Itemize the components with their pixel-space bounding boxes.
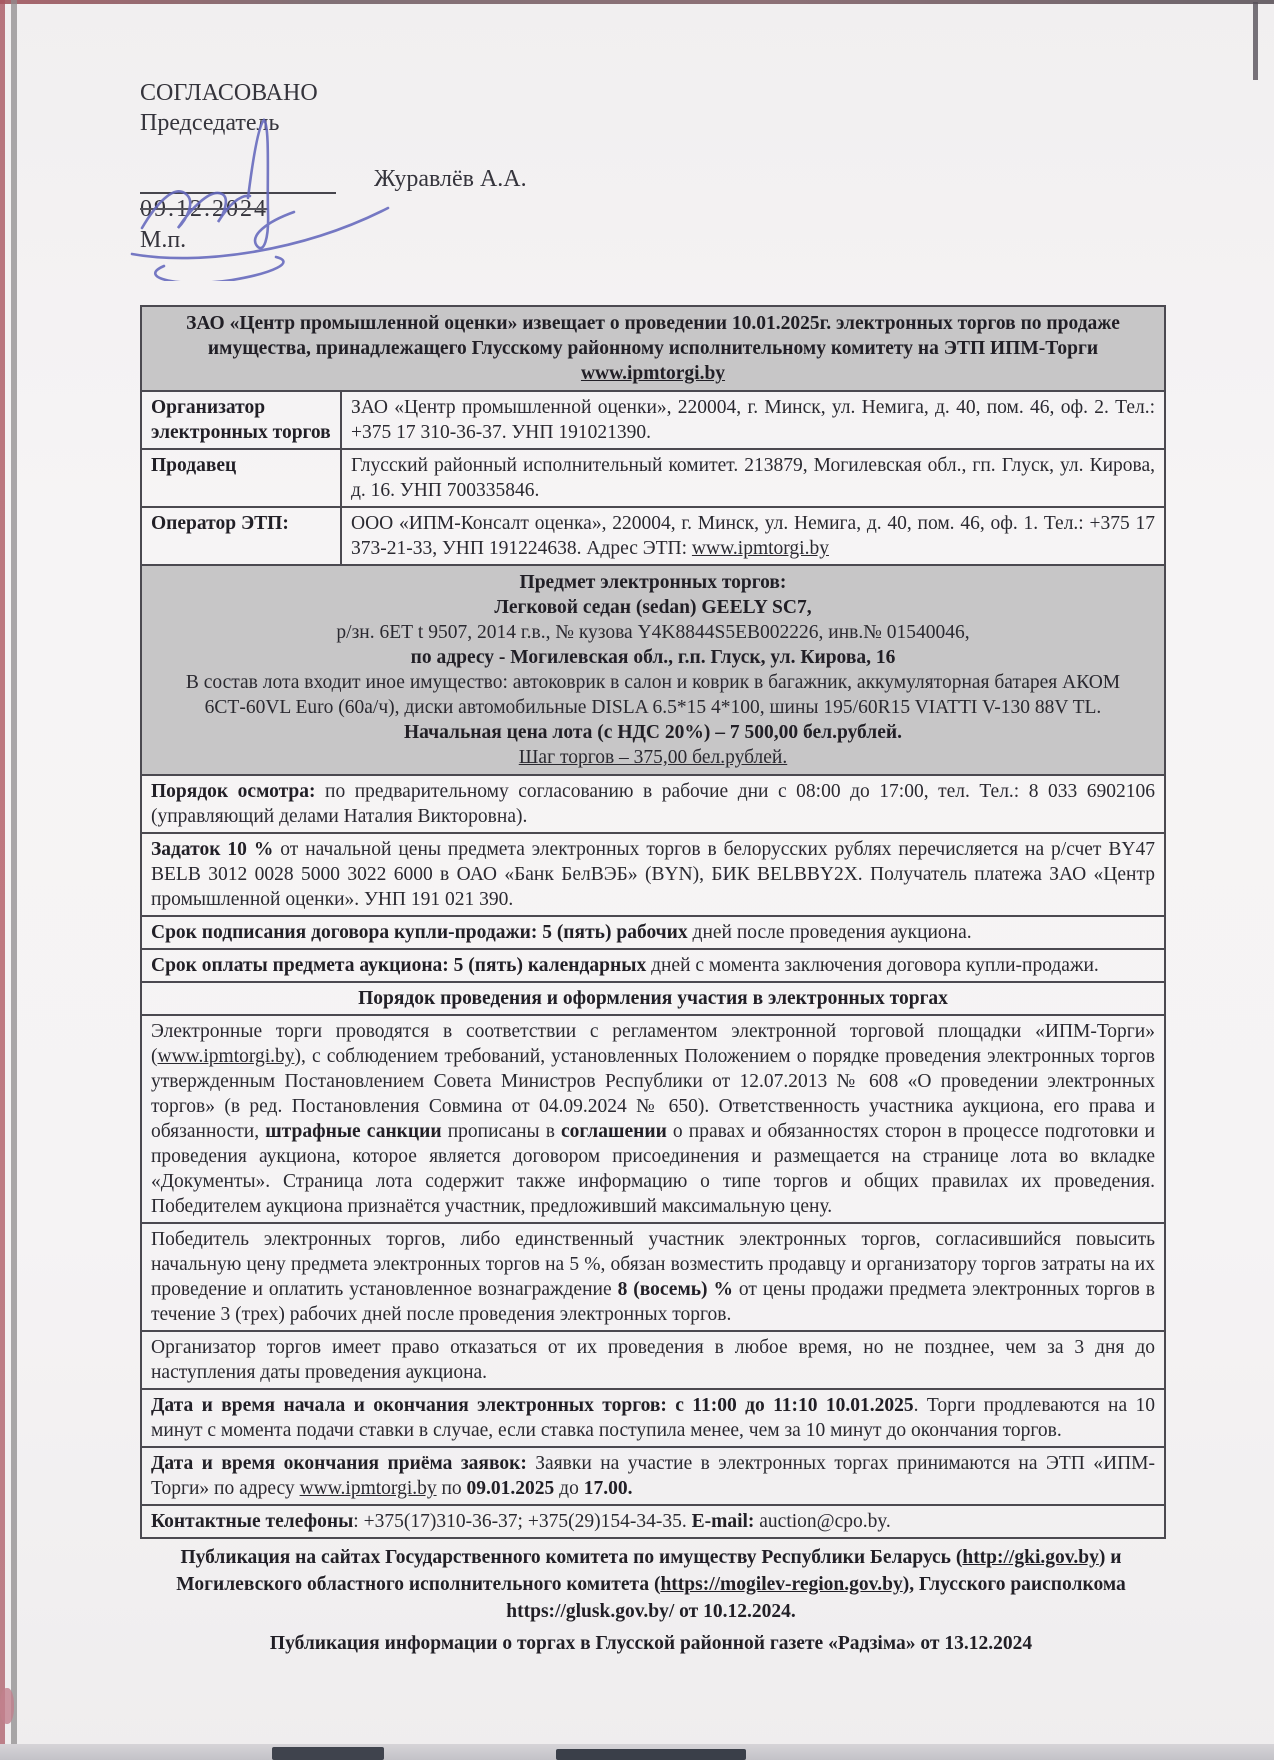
inspection-label: Порядок осмотра: bbox=[151, 781, 316, 802]
subject-extras: В состав лота входит иное имущество: авт… bbox=[151, 670, 1155, 720]
signing-term-text: дней после проведения аукциона. bbox=[688, 922, 972, 943]
approval-block: СОГЛАСОВАНО Председатель Журавлёв А.А. 0… bbox=[140, 78, 1164, 255]
procedure-heading-row: Порядок проведения и оформления участия … bbox=[142, 981, 1164, 1014]
subject-heading: Предмет электронных торгов: bbox=[151, 570, 1155, 595]
organizer-label: Организатор электронных торгов bbox=[142, 392, 342, 448]
subject-step: Шаг торгов – 375,00 бел.рублей. bbox=[151, 745, 1155, 770]
scan-smudge-left bbox=[272, 1747, 384, 1760]
scan-edge-left-red bbox=[0, 0, 5, 1760]
subject-item: Легковой седан (sedan) GEELY SC7, bbox=[151, 595, 1155, 620]
payment-term-row: Срок оплаты предмета аукциона: 5 (пять) … bbox=[142, 948, 1164, 981]
approval-seal-mark: М.п. bbox=[140, 225, 1164, 255]
approval-position-label: Председатель bbox=[140, 108, 1164, 138]
scan-smudge-center bbox=[556, 1749, 746, 1760]
scan-smudge-pink bbox=[0, 1688, 14, 1724]
approval-agreed-label: СОГЛАСОВАНО bbox=[140, 78, 1164, 108]
deposit-text: от начальной цены предмета электронных т… bbox=[151, 839, 1155, 910]
deposit-row: Задаток 10 % от начальной цены предмета … bbox=[142, 832, 1164, 915]
approval-signee-name: Журавлёв А.А. bbox=[374, 164, 527, 194]
scan-edge-left-gray bbox=[11, 0, 17, 1760]
operator-link: www.ipmtorgi.by bbox=[692, 538, 829, 559]
timing-paragraph: Дата и время начала и окончания электрон… bbox=[142, 1388, 1164, 1446]
deposit-label: Задаток 10 % bbox=[151, 839, 273, 860]
newspaper-publication-info: Публикация информации о торгах в Глусско… bbox=[140, 1630, 1162, 1657]
notice-title-link: www.ipmtorgi.by bbox=[581, 363, 725, 384]
seller-row: Продавец Глусский районный исполнительны… bbox=[142, 448, 1164, 506]
scanned-document-page: СОГЛАСОВАНО Председатель Журавлёв А.А. 0… bbox=[0, 0, 1274, 1760]
signature-row: Журавлёв А.А. bbox=[140, 164, 1164, 194]
document-content: СОГЛАСОВАНО Председатель Журавлёв А.А. 0… bbox=[140, 78, 1164, 1657]
scan-edge-top bbox=[0, 0, 1274, 4]
scan-edge-right bbox=[1253, 2, 1258, 80]
organizer-value: ЗАО «Центр промышленной оценки», 220004,… bbox=[342, 392, 1164, 448]
subject-details: р/зн. 6ЕТ t 9507, 2014 г.в., № кузова Y4… bbox=[151, 620, 1155, 645]
operator-value: ООО «ИПМ-Консалт оценка», 220004, г. Мин… bbox=[342, 508, 1164, 564]
payment-term-label: Срок оплаты предмета аукциона: 5 (пять) … bbox=[151, 955, 646, 976]
subject-address: по адресу - Могилевская обл., г.п. Глуск… bbox=[151, 645, 1155, 670]
application-deadline-paragraph: Дата и время окончания приёма заявок: За… bbox=[142, 1446, 1164, 1504]
subject-section: Предмет электронных торгов: Легковой сед… bbox=[142, 564, 1164, 774]
auction-notice-table: ЗАО «Центр промышленной оценки» извещает… bbox=[140, 305, 1166, 1539]
approval-date: 09.12.2024 bbox=[140, 194, 340, 224]
cancel-right-paragraph: Организатор торгов имеет право отказатьс… bbox=[142, 1330, 1164, 1388]
subject-start-price: Начальная цена лота (с НДС 20%) – 7 500,… bbox=[151, 720, 1155, 745]
notice-title-row: ЗАО «Центр промышленной оценки» извещает… bbox=[142, 307, 1164, 390]
signing-term-row: Срок подписания договора купли-продажи: … bbox=[142, 915, 1164, 948]
seller-value: Глусский районный исполнительный комитет… bbox=[342, 450, 1164, 506]
organizer-row: Организатор электронных торгов ЗАО «Цент… bbox=[142, 390, 1164, 448]
winner-paragraph: Победитель электронных торгов, либо един… bbox=[142, 1222, 1164, 1330]
contacts-row: Контактные телефоны: +375(17)310-36-37; … bbox=[142, 1504, 1164, 1537]
rules-paragraph: Электронные торги проводятся в соответст… bbox=[142, 1014, 1164, 1222]
operator-label: Оператор ЭТП: bbox=[142, 508, 342, 564]
payment-term-text: дней с момента заключения договора купли… bbox=[646, 955, 1099, 976]
signature-line bbox=[140, 164, 336, 194]
seller-label: Продавец bbox=[142, 450, 342, 506]
inspection-row: Порядок осмотра: по предварительному сог… bbox=[142, 774, 1164, 832]
publication-info: Публикация на сайтах Государственного ко… bbox=[140, 1544, 1162, 1625]
notice-title-text: ЗАО «Центр промышленной оценки» извещает… bbox=[186, 313, 1120, 359]
signing-term-label: Срок подписания договора купли-продажи: … bbox=[151, 922, 688, 943]
operator-row: Оператор ЭТП: ООО «ИПМ-Консалт оценка», … bbox=[142, 506, 1164, 564]
